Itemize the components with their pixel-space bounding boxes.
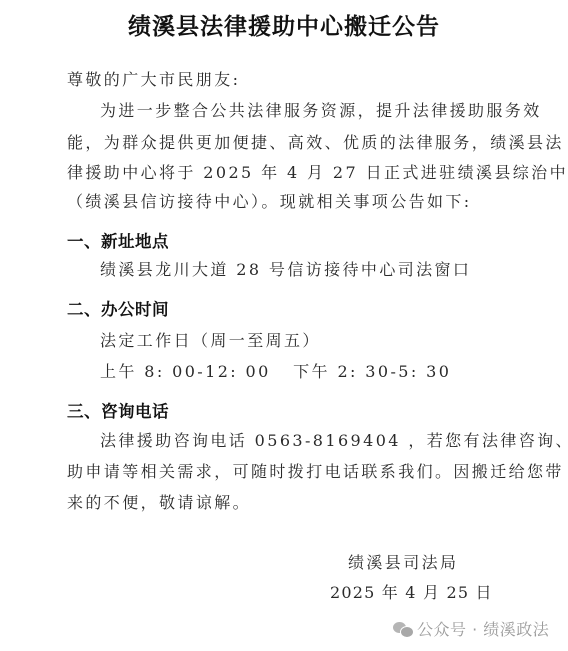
signature-org: 绩溪县司法局 bbox=[348, 550, 458, 573]
greeting: 尊敬的广大市民朋友: bbox=[67, 70, 240, 90]
section-heading-address: 一、新址地点 bbox=[67, 228, 169, 252]
wechat-icon bbox=[393, 621, 413, 637]
phone-line: 来的不便，敬请谅解。 bbox=[67, 493, 251, 513]
intro-line: （绩溪县信访接待中心）。现就相关事项公告如下: bbox=[67, 192, 472, 212]
section-heading-hours: 二、办公时间 bbox=[67, 296, 169, 320]
intro-line: 为进一步整合公共法律服务资源，提升法律援助服务效 bbox=[100, 101, 542, 121]
hours-text: 上午 8: 00-12: 00 下午 2: 30-5: 30 bbox=[100, 362, 451, 382]
section-heading-phone: 三、咨询电话 bbox=[67, 398, 169, 422]
intro-line: 律援助中心将于 2025 年 4 月 27 日正式进驻绩溪县综治中心 bbox=[67, 163, 568, 183]
workdays-text: 法定工作日（周一至周五） bbox=[100, 331, 321, 351]
signature-date: 2025 年 4 月 25 日 bbox=[330, 580, 493, 603]
phone-line: 法律援助咨询电话 0563-8169404 ，若您有法律咨询、援 bbox=[100, 431, 568, 451]
watermark-text: 公众号 · 绩溪政法 bbox=[417, 617, 549, 640]
phone-line: 助申请等相关需求，可随时拨打电话联系我们。因搬迁给您带 bbox=[67, 462, 564, 482]
address-text: 绩溪县龙川大道 28 号信访接待中心司法窗口 bbox=[100, 260, 471, 280]
watermark: 公众号 · 绩溪政法 bbox=[393, 617, 549, 640]
page-title: 绩溪县法律援助中心搬迁公告 bbox=[0, 8, 568, 41]
intro-line: 能，为群众提供更加便捷、高效、优质的法律服务，绩溪县法 bbox=[67, 133, 564, 153]
